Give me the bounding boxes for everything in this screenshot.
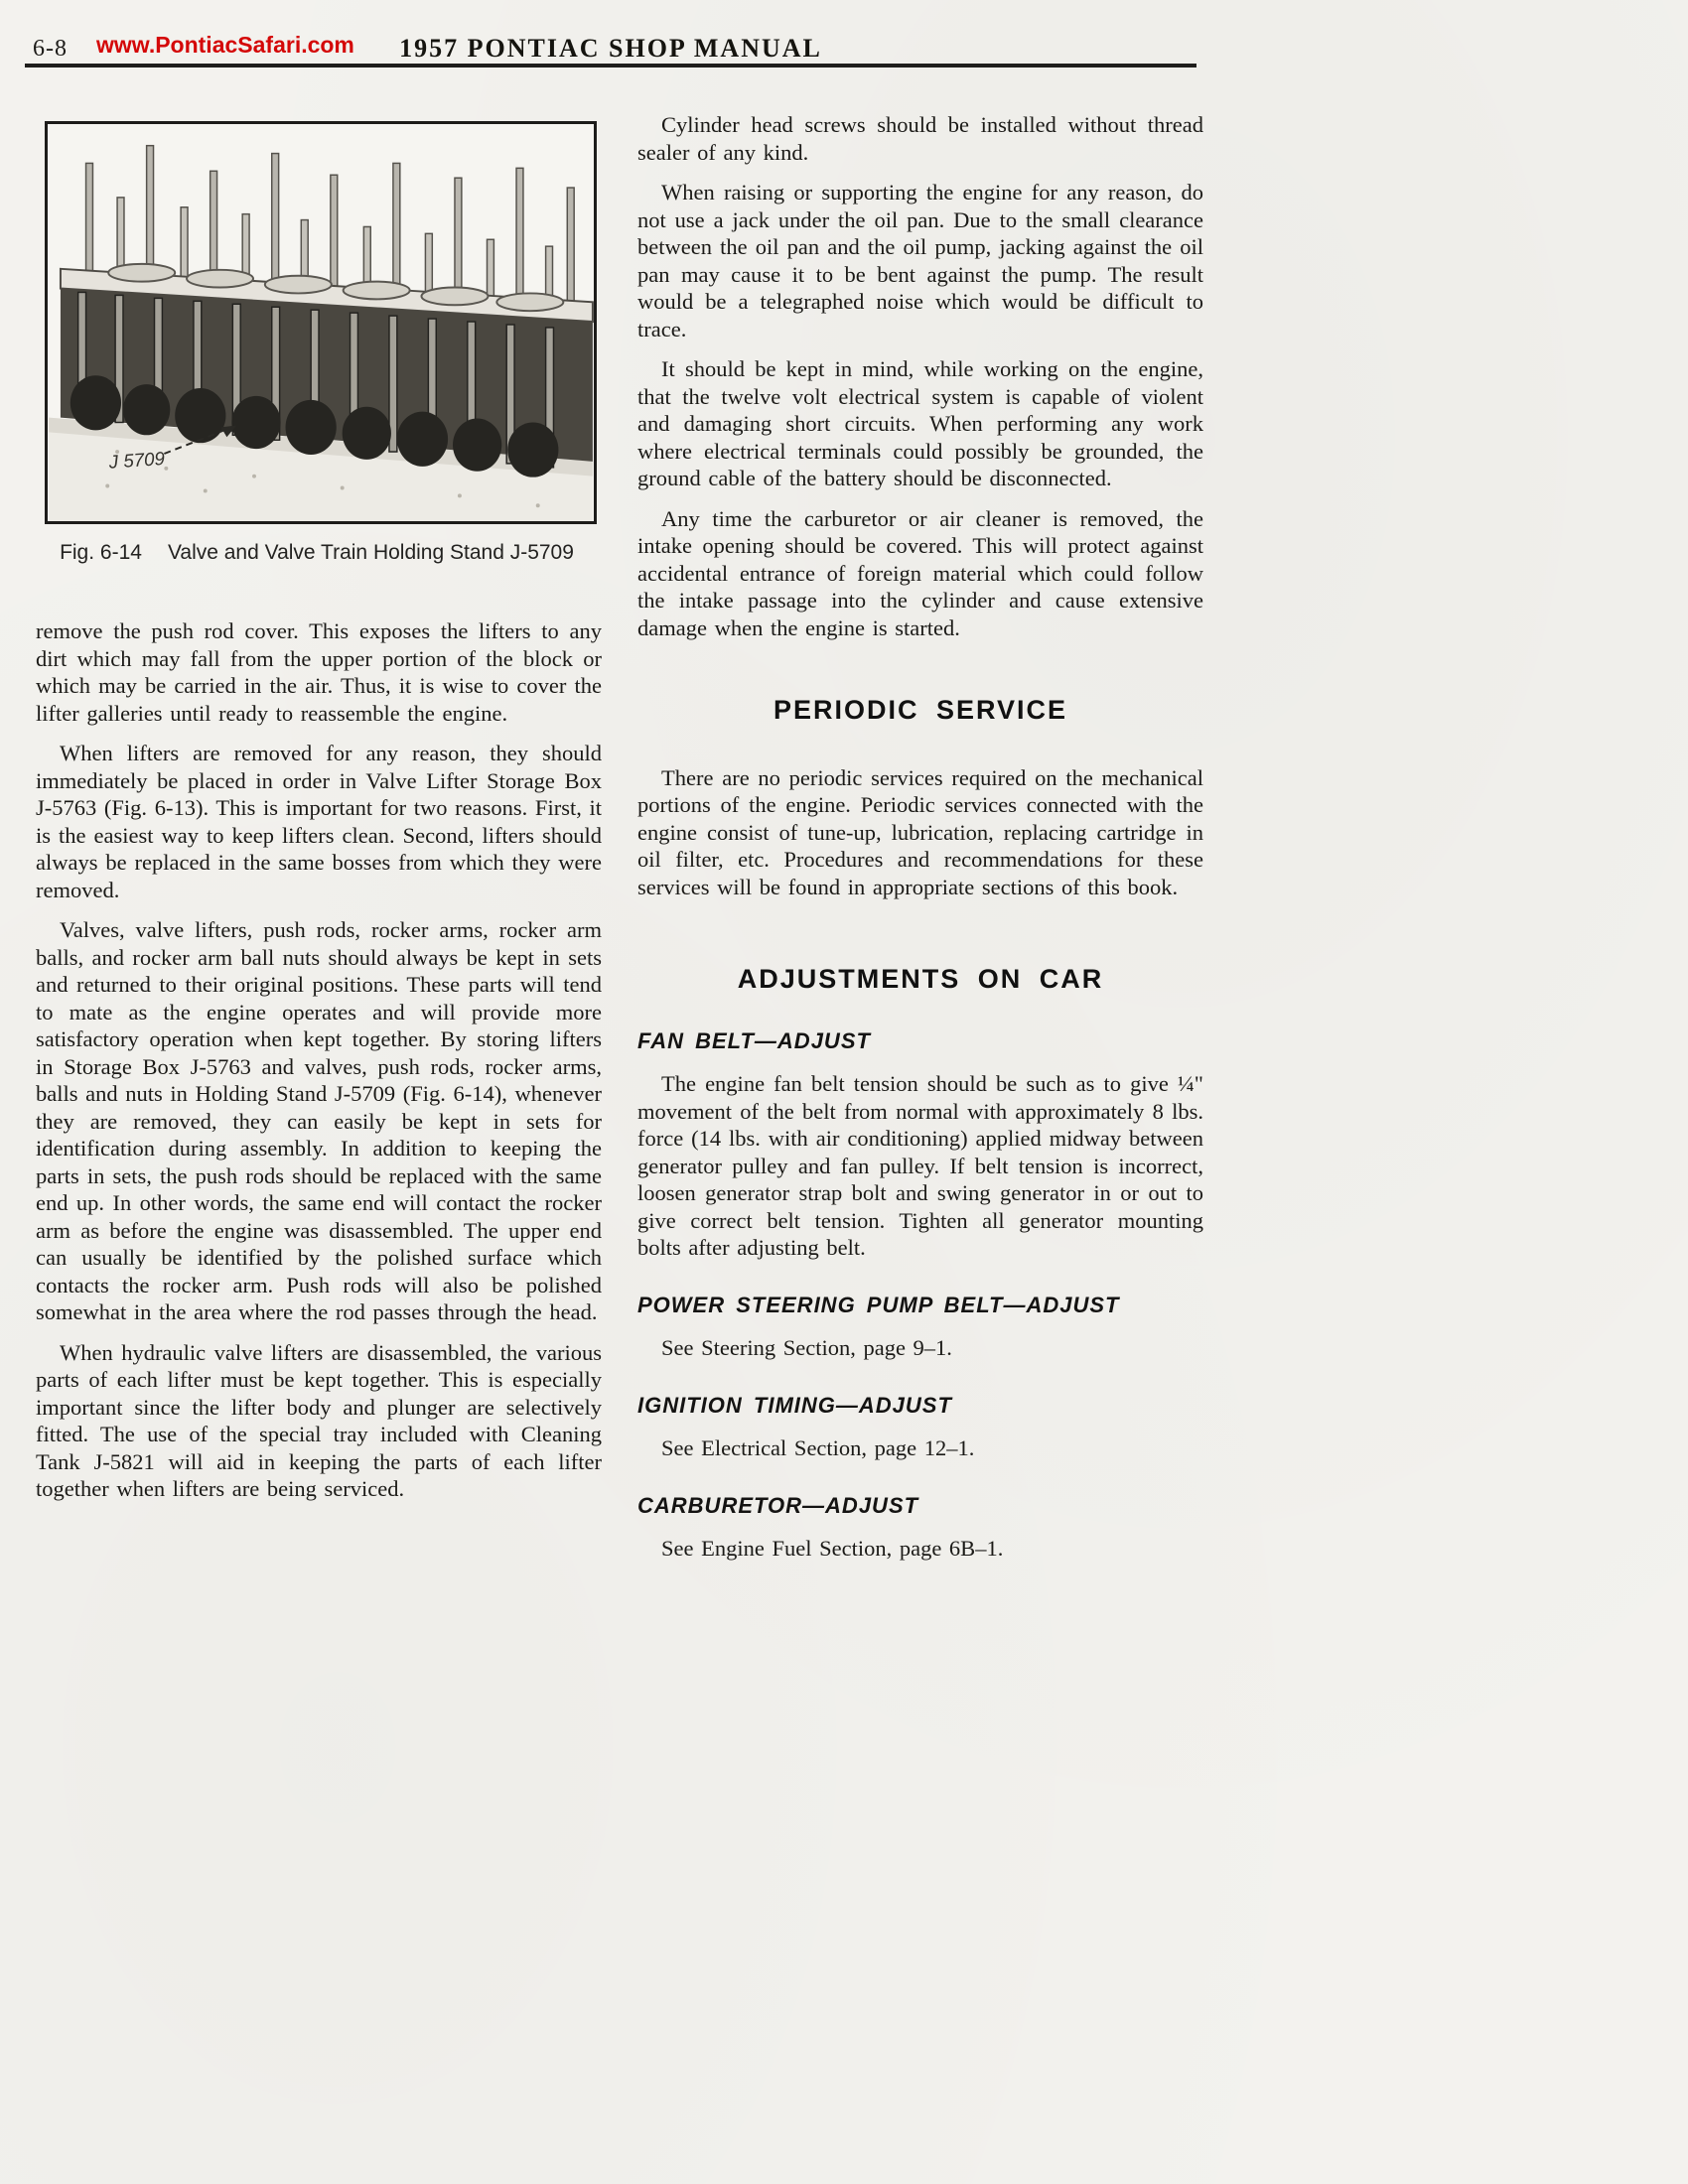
figure-photo: J 5709 bbox=[45, 121, 597, 524]
cross-reference: See Electrical Section, page 12–1. bbox=[637, 1434, 1203, 1462]
paragraph: When hydraulic valve lifters are disasse… bbox=[36, 1339, 602, 1503]
heading-periodic-service: PERIODIC SERVICE bbox=[637, 697, 1203, 725]
paragraph: Any time the carburetor or air cleaner i… bbox=[637, 505, 1203, 642]
manual-page: 6-8 www.PontiacSafari.com 1957 PONTIAC S… bbox=[0, 0, 1688, 2184]
paragraph: When lifters are removed for any reason,… bbox=[36, 740, 602, 903]
paragraph: remove the push rod cover. This exposes … bbox=[36, 617, 602, 727]
subheading-fan-belt: FAN BELT—ADJUST bbox=[637, 1027, 1203, 1055]
paragraph: It should be kept in mind, while working… bbox=[637, 355, 1203, 492]
subheading-ignition-timing: IGNITION TIMING—ADJUST bbox=[637, 1392, 1203, 1420]
paragraph: Valves, valve lifters, push rods, rocker… bbox=[36, 916, 602, 1326]
figure-caption: Fig. 6-14 Valve and Valve Train Holding … bbox=[30, 541, 604, 565]
photo-tool-number: J 5709 bbox=[107, 448, 166, 473]
paragraph: Cylinder head screws should be installed… bbox=[637, 111, 1203, 166]
right-column: Cylinder head screws should be installed… bbox=[637, 111, 1203, 1575]
left-column: remove the push rod cover. This exposes … bbox=[36, 617, 602, 1516]
page-title: 1957 PONTIAC SHOP MANUAL bbox=[25, 34, 1196, 64]
page-header: 6-8 www.PontiacSafari.com 1957 PONTIAC S… bbox=[25, 14, 1196, 68]
subheading-power-steering-pump-belt: POWER STEERING PUMP BELT—ADJUST bbox=[637, 1292, 1203, 1319]
heading-adjustments-on-car: ADJUSTMENTS ON CAR bbox=[637, 966, 1203, 994]
subheading-carburetor: CARBURETOR—ADJUST bbox=[637, 1492, 1203, 1520]
paragraph: When raising or supporting the engine fo… bbox=[637, 179, 1203, 342]
figure-caption-number: Fig. 6-14 bbox=[60, 541, 142, 565]
paragraph: There are no periodic services required … bbox=[637, 764, 1203, 901]
cross-reference: See Steering Section, page 9–1. bbox=[637, 1334, 1203, 1362]
paragraph: The engine fan belt tension should be su… bbox=[637, 1070, 1203, 1262]
valve-stand-illustration: J 5709 bbox=[48, 124, 594, 521]
cross-reference: See Engine Fuel Section, page 6B–1. bbox=[637, 1535, 1203, 1563]
figure-caption-text: Valve and Valve Train Holding Stand J-57… bbox=[168, 541, 574, 565]
